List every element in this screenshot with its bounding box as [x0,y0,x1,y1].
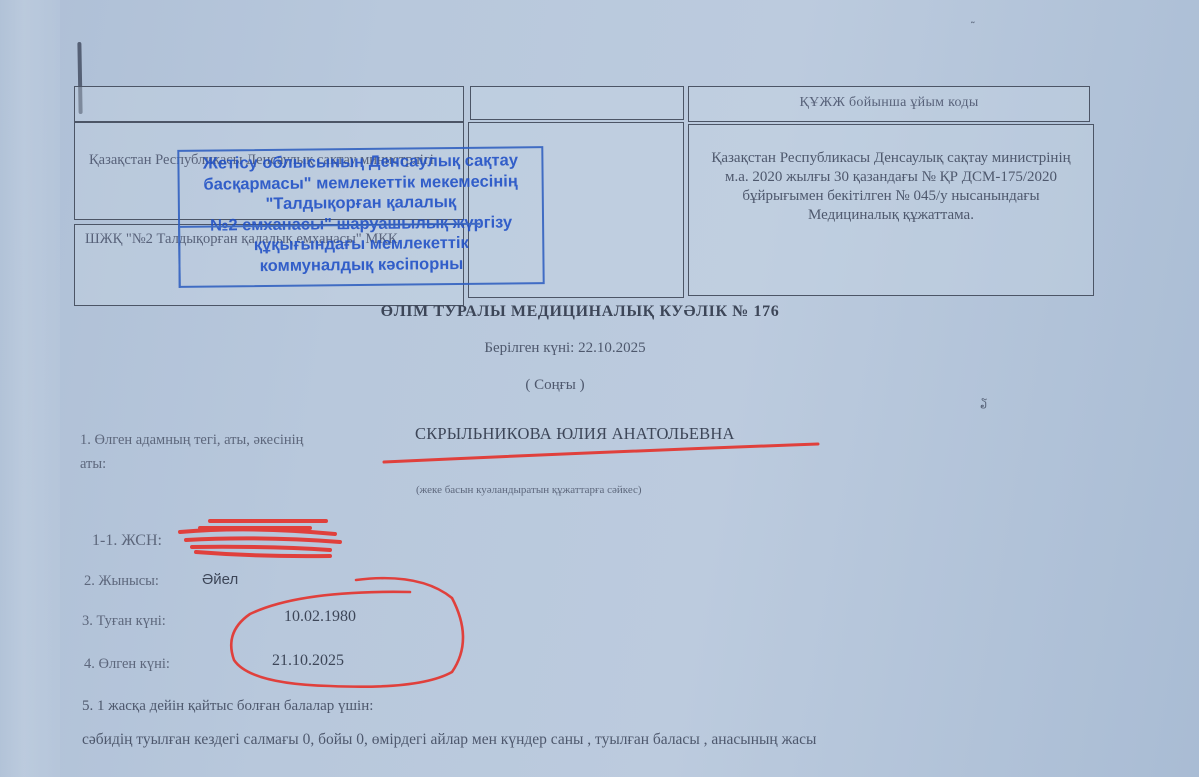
issued-date: Берілген күні: 22.10.2025 [0,340,1130,357]
dates-circle [231,578,463,687]
death-date-label: 4. Өлген күні: [84,656,170,673]
table-cell-empty-left [74,86,464,122]
ink-speck: ˜ [970,20,976,33]
stamp-inner-frame [178,223,481,288]
table-cell-regulation: Қазақстан Республикасы Денсаулық сақтау … [688,124,1094,296]
document-title: ӨЛІМ ТУРАЛЫ МЕДИЦИНАЛЫҚ КУӘЛІК № 176 [0,303,1160,321]
ink-speck: ຽ [980,396,987,409]
document-status: ( Соңғы ) [0,377,1110,394]
full-name-label-cont: аты: [80,456,106,473]
table-cell-empty-middle [470,86,684,120]
stamp-line: басқармасы" мемлекеттік мекемесінің [180,171,542,195]
full-name-hint: (жеке басын куәландыратын құжаттарға сәй… [416,484,642,496]
iin-label: 1-1. ЖСН: [92,532,162,550]
birth-date-label: 3. Туған күні: [82,613,166,630]
organization-code-label: ҚҰЖЖ бойынша ұйым коды [689,95,1089,111]
full-name-label: 1. Өлген адамның тегі, аты, әкесінің [80,432,303,449]
infant-details: сәбидің туылған кездегі салмағы 0, бойы … [82,731,816,749]
regulation-text: Қазақстан Республикасы Денсаулық сақтау … [701,149,1081,225]
gender-label: 2. Жынысы: [84,573,159,590]
table-cell-code: ҚҰЖЖ бойынша ұйым коды [688,86,1090,122]
iin-redaction-scribble [180,521,340,556]
gender-value: Әйел [202,571,238,588]
birth-date-value: 10.02.1980 [284,608,356,626]
infant-section-label: 5. 1 жасқа дейін қайтыс болған балалар ү… [82,698,373,715]
official-stamp: Жетісу облысының Денсаулық сақтау басқар… [177,146,544,288]
death-date-value: 21.10.2025 [272,652,344,670]
name-underline [384,444,818,462]
full-name-value: СКРЫЛЬНИКОВА ЮЛИЯ АНАТОЛЬЕВНА [415,424,735,444]
